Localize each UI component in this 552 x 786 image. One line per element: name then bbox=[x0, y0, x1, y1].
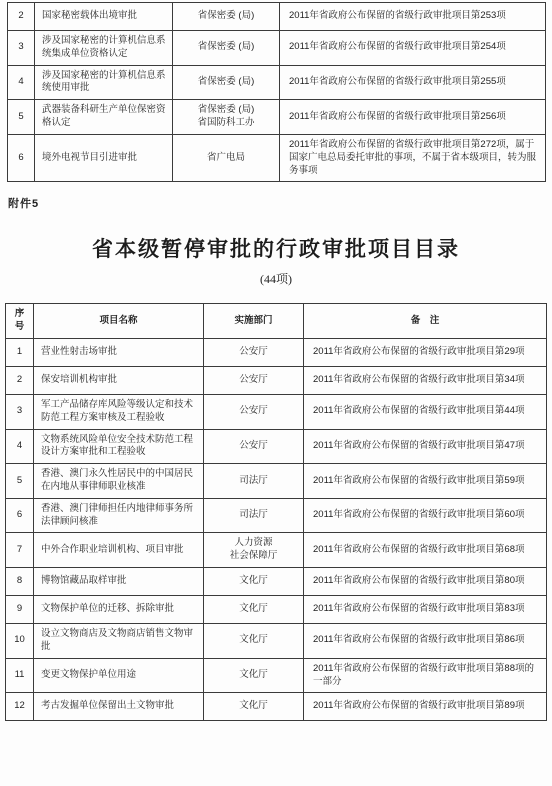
project-name-cell: 涉及国家秘密的计算机信息系统使用审批 bbox=[35, 65, 173, 100]
table-row: 7 中外合作职业培训机构、项目审批 人力资源 社会保障厅 2011年省政府公布保… bbox=[6, 533, 547, 568]
project-name-cell: 文物系统风险单位安全技术防范工程设计方案审批和工程验收 bbox=[34, 429, 204, 464]
row-number-cell: 4 bbox=[6, 429, 34, 464]
continuation-table: 2 国家秘密载体出境审批 省保密委 (局) 2011年省政府公布保留的省级行政审… bbox=[7, 2, 546, 182]
row-number-cell: 3 bbox=[8, 31, 35, 66]
column-header-no: 序号 bbox=[6, 304, 34, 339]
project-name-cell: 变更文物保护单位用途 bbox=[34, 658, 204, 693]
department-cell: 公安厅 bbox=[204, 394, 304, 429]
table-row: 10 设立文物商店及文物商店销售文物审批 文化厅 2011年省政府公布保留的省级… bbox=[6, 624, 547, 659]
department-cell: 省保密委 (局) bbox=[173, 65, 280, 100]
department-cell: 省保密委 (局) 省国防科工办 bbox=[173, 100, 280, 135]
column-header-name: 项目名称 bbox=[34, 304, 204, 339]
table-row: 3 军工产品储存库风险等级认定和技术防范工程方案审核及工程验收 公安厅 2011… bbox=[6, 394, 547, 429]
table-row: 11 变更文物保护单位用途 文化厅 2011年省政府公布保留的省级行政审批项目第… bbox=[6, 658, 547, 693]
table-row: 1 营业性射击场审批 公安厅 2011年省政府公布保留的省级行政审批项目第29项 bbox=[6, 338, 547, 366]
remark-cell: 2011年省政府公布保留的省级行政审批项目第86项 bbox=[304, 624, 547, 659]
department-cell: 文化厅 bbox=[204, 693, 304, 721]
row-number-cell: 2 bbox=[8, 3, 35, 31]
remark-cell: 2011年省政府公布保留的省级行政审批项目第88项的一部分 bbox=[304, 658, 547, 693]
remark-cell: 2011年省政府公布保留的省级行政审批项目第253项 bbox=[280, 3, 546, 31]
department-cell: 文化厅 bbox=[204, 568, 304, 596]
remark-cell: 2011年省政府公布保留的省级行政审批项目第89项 bbox=[304, 693, 547, 721]
column-header-dept: 实施部门 bbox=[204, 304, 304, 339]
table-row: 5 武器装备科研生产单位保密资格认定 省保密委 (局) 省国防科工办 2011年… bbox=[8, 100, 546, 135]
remark-cell: 2011年省政府公布保留的省级行政审批项目第68项 bbox=[304, 533, 547, 568]
table-row: 3 涉及国家秘密的计算机信息系统集成单位资格认定 省保密委 (局) 2011年省… bbox=[8, 31, 546, 66]
row-number-cell: 3 bbox=[6, 394, 34, 429]
row-number-cell: 4 bbox=[8, 65, 35, 100]
project-name-cell: 香港、澳门永久性居民中的中国居民在内地从事律师职业核准 bbox=[34, 464, 204, 499]
table-row: 2 保安培训机构审批 公安厅 2011年省政府公布保留的省级行政审批项目第34项 bbox=[6, 366, 547, 394]
catalog-table-wrap: 序号 项目名称 实施部门 备 注 1 营业性射击场审批 公安厅 2011年省政府… bbox=[0, 303, 552, 721]
remark-cell: 2011年省政府公布保留的省级行政审批项目第272项，属于国家广电总局委托审批的… bbox=[280, 134, 546, 181]
department-cell: 公安厅 bbox=[204, 366, 304, 394]
remark-cell: 2011年省政府公布保留的省级行政审批项目第59项 bbox=[304, 464, 547, 499]
table-row: 9 文物保护单位的迁移、拆除审批 文化厅 2011年省政府公布保留的省级行政审批… bbox=[6, 596, 547, 624]
catalog-table: 序号 项目名称 实施部门 备 注 1 营业性射击场审批 公安厅 2011年省政府… bbox=[5, 303, 547, 721]
remark-cell: 2011年省政府公布保留的省级行政审批项目第34项 bbox=[304, 366, 547, 394]
remark-cell: 2011年省政府公布保留的省级行政审批项目第47项 bbox=[304, 429, 547, 464]
table-row: 6 境外电视节目引进审批 省广电局 2011年省政府公布保留的省级行政审批项目第… bbox=[8, 134, 546, 181]
row-number-cell: 9 bbox=[6, 596, 34, 624]
table-row: 6 香港、澳门律师担任内地律师事务所法律顾问核准 司法厅 2011年省政府公布保… bbox=[6, 498, 547, 533]
project-name-cell: 武器装备科研生产单位保密资格认定 bbox=[35, 100, 173, 135]
remark-cell: 2011年省政府公布保留的省级行政审批项目第29项 bbox=[304, 338, 547, 366]
row-number-cell: 6 bbox=[6, 498, 34, 533]
remark-cell: 2011年省政府公布保留的省级行政审批项目第60项 bbox=[304, 498, 547, 533]
table-header-row: 序号 项目名称 实施部门 备 注 bbox=[6, 304, 547, 339]
table-row: 2 国家秘密载体出境审批 省保密委 (局) 2011年省政府公布保留的省级行政审… bbox=[8, 3, 546, 31]
project-name-cell: 中外合作职业培训机构、项目审批 bbox=[34, 533, 204, 568]
remark-cell: 2011年省政府公布保留的省级行政审批项目第80项 bbox=[304, 568, 547, 596]
remark-cell: 2011年省政府公布保留的省级行政审批项目第83项 bbox=[304, 596, 547, 624]
document-page: 2 国家秘密载体出境审批 省保密委 (局) 2011年省政府公布保留的省级行政审… bbox=[0, 0, 552, 721]
project-name-cell: 文物保护单位的迁移、拆除审批 bbox=[34, 596, 204, 624]
row-number-cell: 7 bbox=[6, 533, 34, 568]
department-cell: 司法厅 bbox=[204, 464, 304, 499]
remark-cell: 2011年省政府公布保留的省级行政审批项目第44项 bbox=[304, 394, 547, 429]
remark-cell: 2011年省政府公布保留的省级行政审批项目第255项 bbox=[280, 65, 546, 100]
project-name-cell: 保安培训机构审批 bbox=[34, 366, 204, 394]
department-cell: 文化厅 bbox=[204, 596, 304, 624]
page-title: 省本级暂停审批的行政审批项目目录 bbox=[0, 233, 552, 263]
row-number-cell: 11 bbox=[6, 658, 34, 693]
project-name-cell: 香港、澳门律师担任内地律师事务所法律顾问核准 bbox=[34, 498, 204, 533]
department-cell: 公安厅 bbox=[204, 338, 304, 366]
table-row: 5 香港、澳门永久性居民中的中国居民在内地从事律师职业核准 司法厅 2011年省… bbox=[6, 464, 547, 499]
department-cell: 人力资源 社会保障厅 bbox=[204, 533, 304, 568]
row-number-cell: 12 bbox=[6, 693, 34, 721]
project-name-cell: 设立文物商店及文物商店销售文物审批 bbox=[34, 624, 204, 659]
row-number-cell: 1 bbox=[6, 338, 34, 366]
row-number-cell: 6 bbox=[8, 134, 35, 181]
table-row: 12 考古发掘单位保留出土文物审批 文化厅 2011年省政府公布保留的省级行政审… bbox=[6, 693, 547, 721]
department-cell: 司法厅 bbox=[204, 498, 304, 533]
project-name-cell: 国家秘密载体出境审批 bbox=[35, 3, 173, 31]
project-name-cell: 博物馆藏品取样审批 bbox=[34, 568, 204, 596]
row-number-cell: 10 bbox=[6, 624, 34, 659]
attachment-label: 附件5 bbox=[8, 195, 552, 211]
row-number-cell: 5 bbox=[6, 464, 34, 499]
page-subtitle: (44项) bbox=[0, 270, 552, 287]
project-name-cell: 涉及国家秘密的计算机信息系统集成单位资格认定 bbox=[35, 31, 173, 66]
project-name-cell: 境外电视节目引进审批 bbox=[35, 134, 173, 181]
department-cell: 省保密委 (局) bbox=[173, 3, 280, 31]
row-number-cell: 8 bbox=[6, 568, 34, 596]
remark-cell: 2011年省政府公布保留的省级行政审批项目第256项 bbox=[280, 100, 546, 135]
column-header-remark: 备 注 bbox=[304, 304, 547, 339]
table-row: 4 文物系统风险单位安全技术防范工程设计方案审批和工程验收 公安厅 2011年省… bbox=[6, 429, 547, 464]
table-row: 4 涉及国家秘密的计算机信息系统使用审批 省保密委 (局) 2011年省政府公布… bbox=[8, 65, 546, 100]
project-name-cell: 考古发掘单位保留出土文物审批 bbox=[34, 693, 204, 721]
department-cell: 公安厅 bbox=[204, 429, 304, 464]
row-number-cell: 2 bbox=[6, 366, 34, 394]
project-name-cell: 军工产品储存库风险等级认定和技术防范工程方案审核及工程验收 bbox=[34, 394, 204, 429]
row-number-cell: 5 bbox=[8, 100, 35, 135]
department-cell: 文化厅 bbox=[204, 658, 304, 693]
remark-cell: 2011年省政府公布保留的省级行政审批项目第254项 bbox=[280, 31, 546, 66]
department-cell: 省保密委 (局) bbox=[173, 31, 280, 66]
project-name-cell: 营业性射击场审批 bbox=[34, 338, 204, 366]
department-cell: 省广电局 bbox=[173, 134, 280, 181]
table-row: 8 博物馆藏品取样审批 文化厅 2011年省政府公布保留的省级行政审批项目第80… bbox=[6, 568, 547, 596]
department-cell: 文化厅 bbox=[204, 624, 304, 659]
